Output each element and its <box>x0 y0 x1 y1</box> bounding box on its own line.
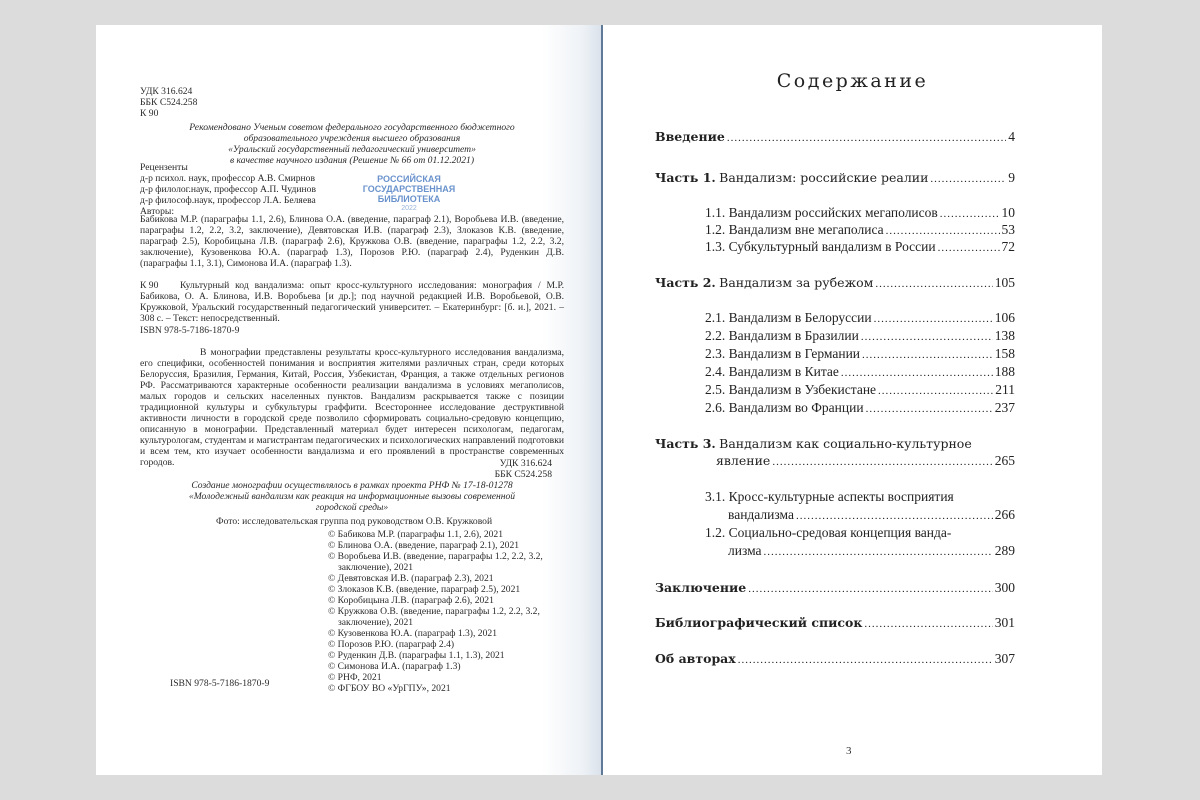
reviewers-heading: Рецензенты <box>140 162 564 173</box>
toc-entry-label: 2.5. Вандализм в Узбекистане <box>705 382 876 398</box>
toc-page-number: 9 <box>1008 170 1015 186</box>
copyright-line: © Руденкин Д.В. (параграфы 1.1, 1.3), 20… <box>328 650 568 661</box>
toc-entry-label: Библиографический список <box>655 615 862 630</box>
udk-code: УДК 316.624 <box>140 458 552 469</box>
right-page-contents: Содержание Введение4 Часть 1. Вандализм:… <box>603 25 1102 775</box>
toc-entry-2-6[interactable]: 2.6. Вандализм во Франции237 <box>655 400 1015 416</box>
copyright-line: © РНФ, 2021 <box>328 672 568 683</box>
copyright-line: © Кружкова О.В. (введение, параграфы 1.2… <box>328 606 568 628</box>
copyright-line: © Девятовская И.В. (параграф 2.3), 2021 <box>328 573 568 584</box>
toc-entry-about-authors[interactable]: Об авторах307 <box>655 651 1015 667</box>
copyright-line: © Воробьева И.В. (введение, параграфы 1.… <box>328 551 568 573</box>
toc-entry-label: 1.2. Вандализм вне мегаполиса <box>705 222 884 238</box>
toc-entry-label: 1.2. Социально-средовая концепция ванда- <box>705 525 951 540</box>
stamp-year: 2022 <box>354 204 464 214</box>
classification-codes-bottom: УДК 316.624 ББК С524.258 <box>140 458 564 480</box>
toc-entry-label: 2.4. Вандализм в Китае <box>705 364 839 380</box>
copyright-line: © Симонова И.А. (параграф 1.3) <box>328 661 568 672</box>
toc-part-prefix: Часть 1. <box>655 170 716 185</box>
toc-entry-label: Введение <box>655 129 725 144</box>
leader-dots <box>841 364 993 380</box>
leader-dots <box>938 239 1000 255</box>
toc-entry-2-3[interactable]: 2.3. Вандализм в Германии158 <box>655 346 1015 362</box>
udk-code: УДК 316.624 <box>140 86 564 97</box>
biblio-text: Культурный код вандализма: опыт кросс-ку… <box>140 280 564 324</box>
leader-dots <box>864 615 992 631</box>
grant-note: Создание монографии осуществлялось в рам… <box>140 480 564 513</box>
bbk-code: ББК С524.258 <box>140 97 564 108</box>
copyright-line: © Злоказов К.В. (введение, параграф 2.5)… <box>328 584 568 595</box>
toc-page-number: 307 <box>995 651 1015 667</box>
copyright-line: © Порозов Р.Ю. (параграф 2.4) <box>328 639 568 650</box>
toc-entry-label: 3.1. Кросс-культурные аспекты восприятия <box>705 489 954 504</box>
reviewers-block: Рецензенты д-р психол. наук, профессор А… <box>140 162 564 217</box>
toc-page-number: 105 <box>995 275 1015 291</box>
toc-entry-conclusion[interactable]: Заключение300 <box>655 580 1015 596</box>
reviewer: д-р психол. наук, профессор А.В. Смирнов <box>140 173 564 184</box>
toc-entry-label-cont: явление <box>716 453 770 468</box>
stamp-line: БИБЛИОТЕКА <box>354 194 464 204</box>
leader-dots <box>861 328 993 344</box>
reviewer: д-р философ.наук, профессор Л.А. Беляева <box>140 195 564 206</box>
leader-dots <box>874 310 993 326</box>
toc-page-number: 265 <box>995 453 1015 469</box>
author-mark: К 90 <box>140 108 564 119</box>
toc-entry-1-3[interactable]: 1.3. Субкультурный вандализм в России72 <box>655 239 1015 255</box>
library-stamp: РОССИЙСКАЯ ГОСУДАРСТВЕННАЯ БИБЛИОТЕКА 20… <box>354 174 464 214</box>
toc-entry-label: Заключение <box>655 580 746 595</box>
leader-dots <box>940 205 1000 221</box>
leader-dots <box>796 507 993 523</box>
toc-page-number: 289 <box>995 543 1015 559</box>
toc-page-number: 300 <box>995 580 1015 596</box>
toc-entry-3-1[interactable]: вандализма266 <box>655 507 1015 523</box>
toc-entry-label: 2.6. Вандализм во Франции <box>705 400 864 416</box>
toc-entry-2-2[interactable]: 2.2. Вандализм в Бразилии138 <box>655 328 1015 344</box>
page-number: 3 <box>846 745 852 757</box>
classification-codes: УДК 316.624 ББК С524.258 К 90 <box>140 86 564 119</box>
grant-line: «Молодежный вандализм как реакция на инф… <box>140 491 564 502</box>
reviewer: д-р филолог.наук, профессор А.П. Чудинов <box>140 184 564 195</box>
stamp-line: ГОСУДАРСТВЕННАЯ <box>354 184 464 194</box>
toc-entry-1-2[interactable]: 1.2. Вандализм вне мегаполиса53 <box>655 222 1015 238</box>
toc-entry-label: Вандализм за рубежом <box>719 275 873 290</box>
leader-dots <box>866 400 993 416</box>
leader-dots <box>727 129 1006 145</box>
toc-entry-intro[interactable]: Введение4 <box>655 129 1015 145</box>
toc-page-number: 211 <box>995 382 1015 398</box>
bibliographic-record: К 90Культурный код вандализма: опыт крос… <box>140 280 564 324</box>
toc-entry-2-1[interactable]: 2.1. Вандализм в Белоруссии106 <box>655 310 1015 326</box>
toc-entry-part2[interactable]: Часть 2. Вандализм за рубежом105 <box>655 275 1015 291</box>
toc-entry-bibliography[interactable]: Библиографический список301 <box>655 615 1015 631</box>
copyright-line: © Блинова О.А. (введение, параграф 2.1),… <box>328 540 568 551</box>
copyright-line: © Коробицына Л.В. (параграф 2.6), 2021 <box>328 595 568 606</box>
toc-entry-label: 2.1. Вандализм в Белоруссии <box>705 310 872 326</box>
bbk-code: ББК С524.258 <box>140 469 552 480</box>
toc-part-prefix: Часть 3. <box>655 436 716 451</box>
copyright-line: © ФГБОУ ВО «УрГПУ», 2021 <box>328 683 568 694</box>
toc-page-number: 138 <box>995 328 1015 344</box>
toc-entry-3-2[interactable]: лизма289 <box>655 543 1015 559</box>
toc-page-number: 72 <box>1002 239 1016 255</box>
toc-entry-3-2-line1[interactable]: 1.2. Социально-средовая концепция ванда- <box>655 525 951 541</box>
leader-dots <box>772 453 992 469</box>
recommendation-line: «Уральский государственный педагогически… <box>140 144 564 155</box>
toc-entry-label: Вандализм как социально-культурное <box>719 436 972 451</box>
abstract: В монографии представлены результаты кро… <box>140 347 564 468</box>
leader-dots <box>764 543 993 559</box>
toc-entry-label-cont: лизма <box>728 543 762 559</box>
toc-entry-label-cont: вандализма <box>728 507 794 523</box>
leader-dots <box>875 275 992 291</box>
toc-page-number: 158 <box>995 346 1015 362</box>
copyright-list: © Бабикова М.Р. (параграфы 1.1, 2.6), 20… <box>328 529 568 694</box>
leader-dots <box>886 222 1000 238</box>
biblio-code: К 90 <box>140 280 180 291</box>
toc-entry-label: 2.2. Вандализм в Бразилии <box>705 328 859 344</box>
toc-page-number: 237 <box>995 400 1015 416</box>
leader-dots <box>738 651 993 667</box>
recommendation-line: Рекомендовано Ученым советом федеральног… <box>140 122 564 133</box>
toc-entry-part1[interactable]: Часть 1. Вандализм: российские реалии9 <box>655 170 1015 186</box>
toc-entry-1-1[interactable]: 1.1. Вандализм российских мегаполисов10 <box>655 205 1015 221</box>
leader-dots <box>862 346 993 362</box>
toc-page-number: 10 <box>1002 205 1016 221</box>
copyright-line: © Бабикова М.Р. (параграфы 1.1, 2.6), 20… <box>328 529 568 540</box>
authors-list: Бабикова М.Р. (параграфы 1.1, 2.6), Блин… <box>140 214 564 269</box>
isbn-bottom: ISBN 978-5-7186-1870-9 <box>170 678 320 689</box>
toc-page-number: 266 <box>995 507 1015 523</box>
toc-page-number: 53 <box>1002 222 1016 238</box>
toc-entry-label: Об авторах <box>655 651 736 666</box>
photo-credit: Фото: исследовательская группа под руков… <box>216 516 576 527</box>
toc-part-prefix: Часть 2. <box>655 275 716 290</box>
stamp-line: РОССИЙСКАЯ <box>354 174 464 184</box>
toc-title: Содержание <box>603 70 1102 92</box>
toc-entry-label: 2.3. Вандализм в Германии <box>705 346 860 362</box>
toc-entry-label: 1.1. Вандализм российских мегаполисов <box>705 205 938 221</box>
copyright-line: © Кузовенкова Ю.А. (параграф 1.3), 2021 <box>328 628 568 639</box>
leader-dots <box>930 170 1006 186</box>
toc-entry-label: 1.3. Субкультурный вандализм в России <box>705 239 936 255</box>
toc-entry-label: Вандализм: российские реалии <box>719 170 928 185</box>
toc-entry-part3[interactable]: явление265 <box>655 453 1015 469</box>
toc-entry-2-5[interactable]: 2.5. Вандализм в Узбекистане211 <box>655 382 1015 398</box>
grant-line: городской среды» <box>140 502 564 513</box>
toc-page-number: 301 <box>995 615 1015 631</box>
leader-dots <box>878 382 993 398</box>
isbn: ISBN 978-5-7186-1870-9 <box>140 325 564 336</box>
toc-entry-part3-line1[interactable]: Часть 3. Вандализм как социально-культур… <box>655 436 972 452</box>
recommendation-note: Рекомендовано Ученым советом федеральног… <box>140 122 564 166</box>
toc-page-number: 106 <box>995 310 1015 326</box>
toc-entry-3-1-line1[interactable]: 3.1. Кросс-культурные аспекты восприятия <box>655 489 954 505</box>
toc-page-number: 188 <box>995 364 1015 380</box>
recommendation-line: образовательного учреждения высшего обра… <box>140 133 564 144</box>
toc-page-number: 4 <box>1008 129 1015 145</box>
toc-entry-2-4[interactable]: 2.4. Вандализм в Китае188 <box>655 364 1015 380</box>
grant-line: Создание монографии осуществлялось в рам… <box>140 480 564 491</box>
leader-dots <box>748 580 993 596</box>
left-page-imprint: УДК 316.624 ББК С524.258 К 90 Рекомендов… <box>96 25 603 775</box>
